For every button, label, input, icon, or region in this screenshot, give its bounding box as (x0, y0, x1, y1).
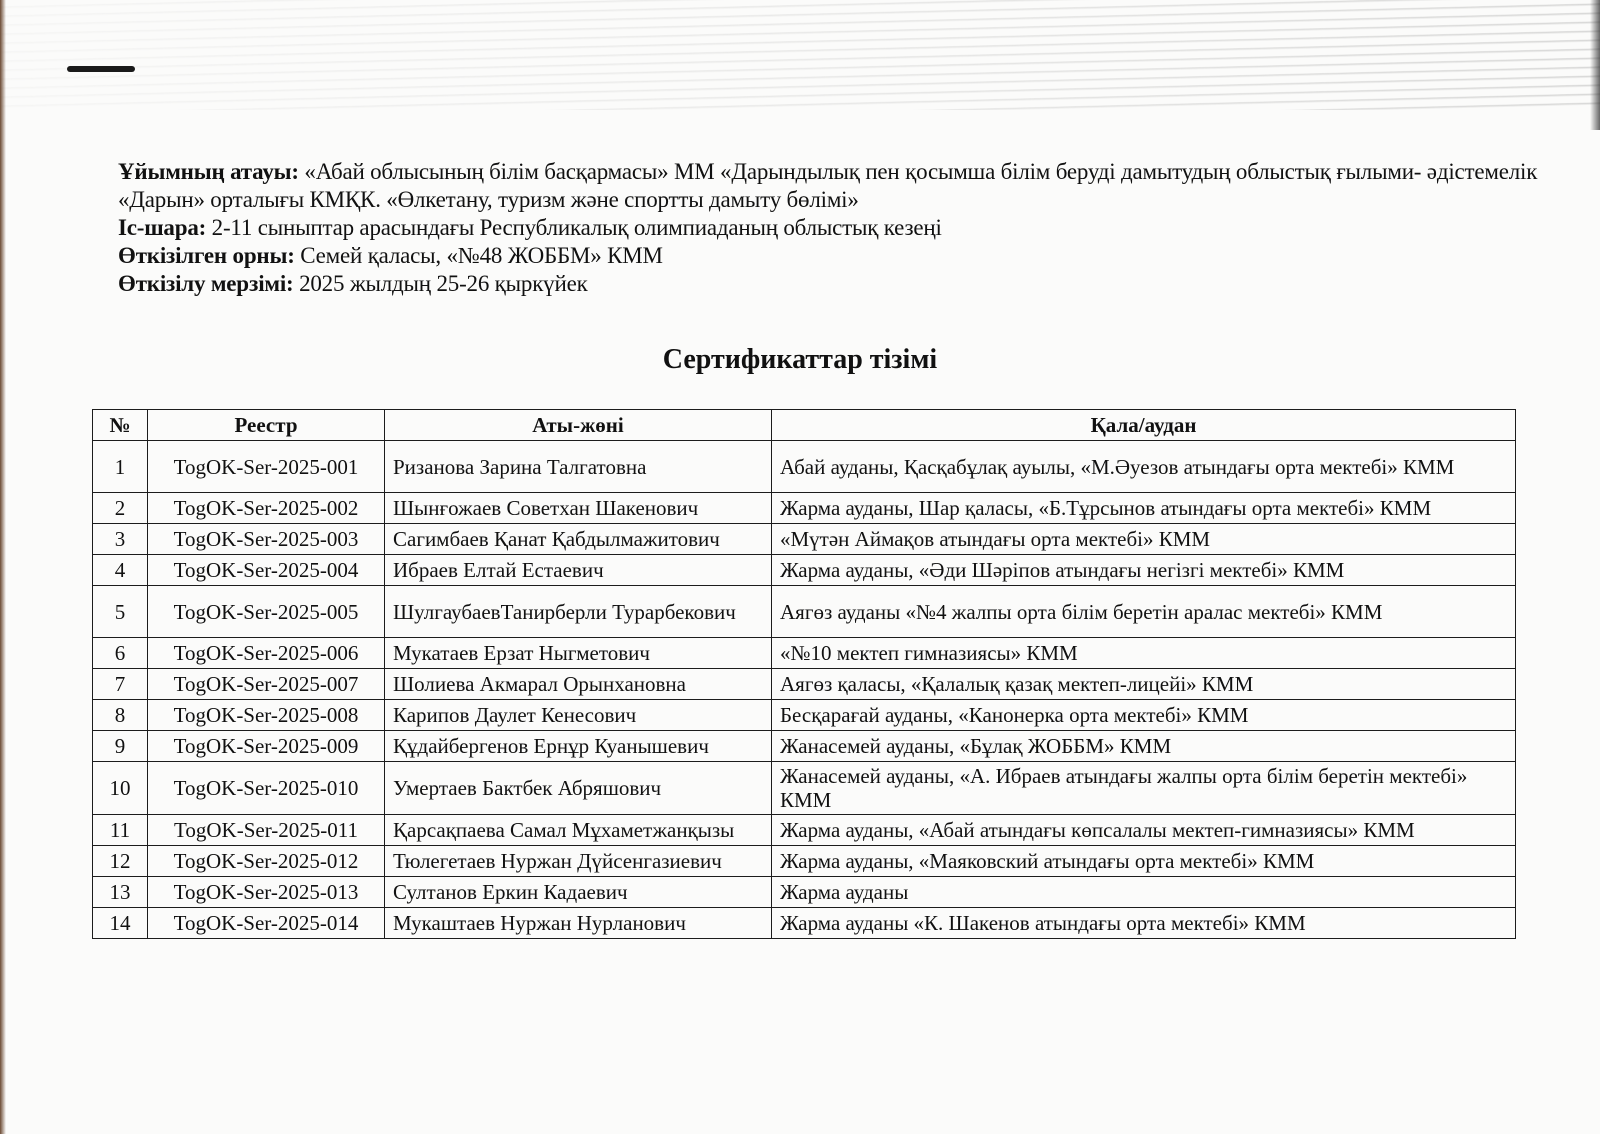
row-number: 3 (93, 524, 148, 555)
table-header-row: № Реестр Аты-жөні Қала/аудан (93, 410, 1516, 441)
row-number: 13 (93, 877, 148, 908)
row-place: Жанасемей ауданы, «А. Ибраев атындағы жа… (772, 762, 1516, 815)
organization-label: Ұйымның атауы: (118, 159, 299, 184)
organization-value: «Абай облысының білім басқармасы» ММ «Да… (118, 159, 1537, 212)
table-row: 10TogOK-Ser-2025-010Умертаев Бактбек Абр… (93, 762, 1516, 815)
event-value: 2-11 сыныптар арасындағы Республикалық о… (212, 215, 942, 240)
table-row: 4TogOK-Ser-2025-004Ибраев Елтай Естаевич… (93, 555, 1516, 586)
row-place: Жарма ауданы «К. Шакенов атындағы орта м… (772, 908, 1516, 939)
row-full-name: Мукатаев Ерзат Ныгметович (385, 638, 772, 669)
row-registry: TogOK-Ser-2025-005 (148, 586, 385, 638)
row-registry: TogOK-Ser-2025-012 (148, 846, 385, 877)
row-number: 7 (93, 669, 148, 700)
row-place: Аягөз қаласы, «Қалалық қазақ мектеп-лице… (772, 669, 1516, 700)
row-registry: TogOK-Ser-2025-013 (148, 877, 385, 908)
table-row: 6TogOK-Ser-2025-006Мукатаев Ерзат Ныгмет… (93, 638, 1516, 669)
date-line: Өткізілу мерзімі: 2025 жылдың 25-26 қырк… (118, 270, 1568, 298)
row-number: 4 (93, 555, 148, 586)
scan-artifact-mark (67, 66, 135, 72)
page-edge-shadow (0, 0, 6, 1134)
row-full-name: Карипов Даулет Кенесович (385, 700, 772, 731)
row-full-name: Мукаштаев Нуржан Нурланович (385, 908, 772, 939)
table-row: 13TogOK-Ser-2025-013Султанов Еркин Кадае… (93, 877, 1516, 908)
row-registry: TogOK-Ser-2025-008 (148, 700, 385, 731)
row-number: 9 (93, 731, 148, 762)
row-place: «Мүтән Аймақов атындағы орта мектебі» КМ… (772, 524, 1516, 555)
column-header-number: № (93, 410, 148, 441)
venue-line: Өткізілген орны: Семей қаласы, «№48 ЖОББ… (118, 242, 1568, 270)
row-full-name: Шолиева Акмарал Орынхановна (385, 669, 772, 700)
row-place: Аягөз ауданы «№4 жалпы орта білім береті… (772, 586, 1516, 638)
table-row: 1TogOK-Ser-2025-001Ризанова Зарина Талга… (93, 441, 1516, 493)
table-row: 5TogOK-Ser-2025-005ШулгаубаевТанирберли … (93, 586, 1516, 638)
row-number: 11 (93, 815, 148, 846)
page-edge-shadow-right (1590, 0, 1600, 130)
row-registry: TogOK-Ser-2025-006 (148, 638, 385, 669)
scan-artifact-lines (0, 0, 1600, 110)
row-full-name: ШулгаубаевТанирберли Турарбекович (385, 586, 772, 638)
event-line: Іс-шара: 2-11 сыныптар арасындағы Респуб… (118, 214, 1568, 242)
row-full-name: Султанов Еркин Кадаевич (385, 877, 772, 908)
table-row: 9TogOK-Ser-2025-009Құдайбергенов Ернұр К… (93, 731, 1516, 762)
row-full-name: Қарсақпаева Самал Мұхаметжанқызы (385, 815, 772, 846)
row-number: 14 (93, 908, 148, 939)
row-full-name: Сагимбаев Қанат Қабдылмажитович (385, 524, 772, 555)
table-row: 14TogOK-Ser-2025-014Мукаштаев Нуржан Нур… (93, 908, 1516, 939)
row-full-name: Ризанова Зарина Талгатовна (385, 441, 772, 493)
page-title: Сертификаттар тізімі (0, 344, 1600, 376)
row-place: Абай ауданы, Қасқабұлақ ауылы, «М.Әуезов… (772, 441, 1516, 493)
row-number: 10 (93, 762, 148, 815)
document-header: Ұйымның атауы: «Абай облысының білім бас… (118, 158, 1568, 298)
row-registry: TogOK-Ser-2025-007 (148, 669, 385, 700)
table-row: 3TogOK-Ser-2025-003Сагимбаев Қанат Қабды… (93, 524, 1516, 555)
row-registry: TogOK-Ser-2025-009 (148, 731, 385, 762)
date-value: 2025 жылдың 25-26 қыркүйек (299, 271, 588, 296)
row-number: 2 (93, 493, 148, 524)
row-place: Жанасемей ауданы, «Бұлақ ЖОББМ» КММ (772, 731, 1516, 762)
table-body: 1TogOK-Ser-2025-001Ризанова Зарина Талга… (93, 441, 1516, 939)
venue-value: Семей қаласы, «№48 ЖОББМ» КММ (300, 243, 662, 268)
row-full-name: Тюлегетаев Нуржан Дүйсенгазиевич (385, 846, 772, 877)
row-number: 5 (93, 586, 148, 638)
row-registry: TogOK-Ser-2025-011 (148, 815, 385, 846)
row-place: Бесқарағай ауданы, «Канонерка орта мекте… (772, 700, 1516, 731)
row-number: 1 (93, 441, 148, 493)
row-registry: TogOK-Ser-2025-002 (148, 493, 385, 524)
column-header-registry: Реестр (148, 410, 385, 441)
table-row: 7TogOK-Ser-2025-007Шолиева Акмарал Орынх… (93, 669, 1516, 700)
column-header-place: Қала/аудан (772, 410, 1516, 441)
row-place: Жарма ауданы, «Әди Шәріпов атындағы негі… (772, 555, 1516, 586)
row-registry: TogOK-Ser-2025-001 (148, 441, 385, 493)
row-full-name: Ибраев Елтай Естаевич (385, 555, 772, 586)
row-number: 6 (93, 638, 148, 669)
row-full-name: Умертаев Бактбек Абряшович (385, 762, 772, 815)
table-row: 12TogOK-Ser-2025-012Тюлегетаев Нуржан Дү… (93, 846, 1516, 877)
row-number: 12 (93, 846, 148, 877)
row-place: Жарма ауданы, «Абай атындағы көпсалалы м… (772, 815, 1516, 846)
row-place: «№10 мектеп гимназиясы» КММ (772, 638, 1516, 669)
row-registry: TogOK-Ser-2025-010 (148, 762, 385, 815)
table-row: 11TogOK-Ser-2025-011Қарсақпаева Самал Мұ… (93, 815, 1516, 846)
venue-label: Өткізілген орны: (118, 243, 295, 268)
table-row: 2TogOK-Ser-2025-002Шынғожаев Советхан Ша… (93, 493, 1516, 524)
column-header-name: Аты-жөні (385, 410, 772, 441)
certificates-table: № Реестр Аты-жөні Қала/аудан 1TogOK-Ser-… (92, 409, 1516, 939)
table-row: 8TogOK-Ser-2025-008Карипов Даулет Кенесо… (93, 700, 1516, 731)
event-label: Іс-шара: (118, 215, 206, 240)
row-place: Жарма ауданы, Шар қаласы, «Б.Тұрсынов ат… (772, 493, 1516, 524)
row-place: Жарма ауданы (772, 877, 1516, 908)
row-registry: TogOK-Ser-2025-004 (148, 555, 385, 586)
date-label: Өткізілу мерзімі: (118, 271, 294, 296)
row-registry: TogOK-Ser-2025-014 (148, 908, 385, 939)
organization-line: Ұйымның атауы: «Абай облысының білім бас… (118, 158, 1568, 214)
row-full-name: Құдайбергенов Ернұр Куанышевич (385, 731, 772, 762)
row-number: 8 (93, 700, 148, 731)
row-place: Жарма ауданы, «Маяковский атындағы орта … (772, 846, 1516, 877)
row-registry: TogOK-Ser-2025-003 (148, 524, 385, 555)
row-full-name: Шынғожаев Советхан Шакенович (385, 493, 772, 524)
